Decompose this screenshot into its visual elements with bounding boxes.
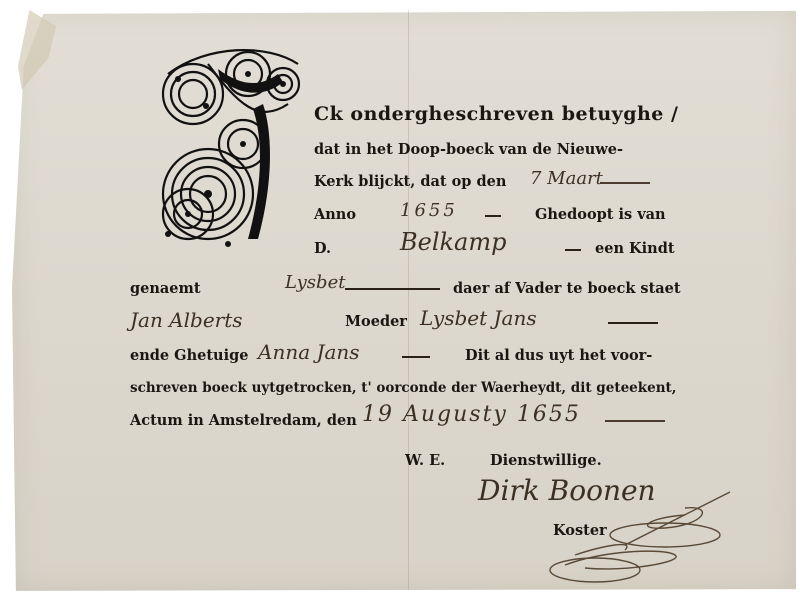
handwritten-date: 7 Maart xyxy=(530,168,603,189)
printed-servant: Dienstwillige. xyxy=(490,452,602,469)
printed-line-4-baptized: Ghedoopt is van xyxy=(535,206,666,223)
fill-line xyxy=(608,322,658,324)
handwritten-year: 1655 xyxy=(400,200,458,221)
fill-line xyxy=(600,182,650,184)
fill-line xyxy=(605,420,665,422)
printed-line-6-father: daer af Vader te boeck staet xyxy=(453,280,681,297)
handwritten-mother: Lysbet Jans xyxy=(420,306,537,330)
printed-line-8-witness: ende Ghetuige xyxy=(130,347,248,364)
handwritten-witness: Anna Jans xyxy=(258,340,360,364)
dash xyxy=(485,215,501,217)
decorative-initial-icon xyxy=(148,44,308,254)
printed-line-3: Kerk blijckt, dat op den xyxy=(314,173,506,190)
handwritten-father: Jan Alberts xyxy=(130,308,243,332)
handwritten-surname: Belkamp xyxy=(400,228,507,256)
printed-line-5-child: een Kindt xyxy=(595,240,675,257)
printed-line-9: schreven boeck uytgetrocken, t' oorconde… xyxy=(130,380,676,396)
printed-line-5-d: D. xyxy=(314,240,331,257)
printed-sexton: Koster xyxy=(553,522,607,539)
dash xyxy=(402,356,430,358)
printed-line-7-mother: Moeder xyxy=(345,313,407,330)
handwritten-issue-date: 19 Augusty 1655 xyxy=(362,402,581,427)
printed-we: W. E. xyxy=(405,452,445,469)
center-fold-line xyxy=(408,10,409,590)
printed-line-4-anno: Anno xyxy=(314,206,356,223)
printed-line-8-extract: Dit al dus uyt het voor- xyxy=(465,347,652,364)
printed-line-2: dat in het Doop-boeck van de Nieuwe- xyxy=(314,141,623,158)
fill-line xyxy=(345,288,440,290)
dash xyxy=(565,249,581,251)
printed-line-1: Ck ondergheschreven betuyghe / xyxy=(314,103,678,125)
printed-line-10-actum: Actum in Amstelredam, den xyxy=(130,412,357,429)
handwritten-child-name: Lysbet xyxy=(285,272,345,293)
printed-line-6-named: genaemt xyxy=(130,280,201,297)
